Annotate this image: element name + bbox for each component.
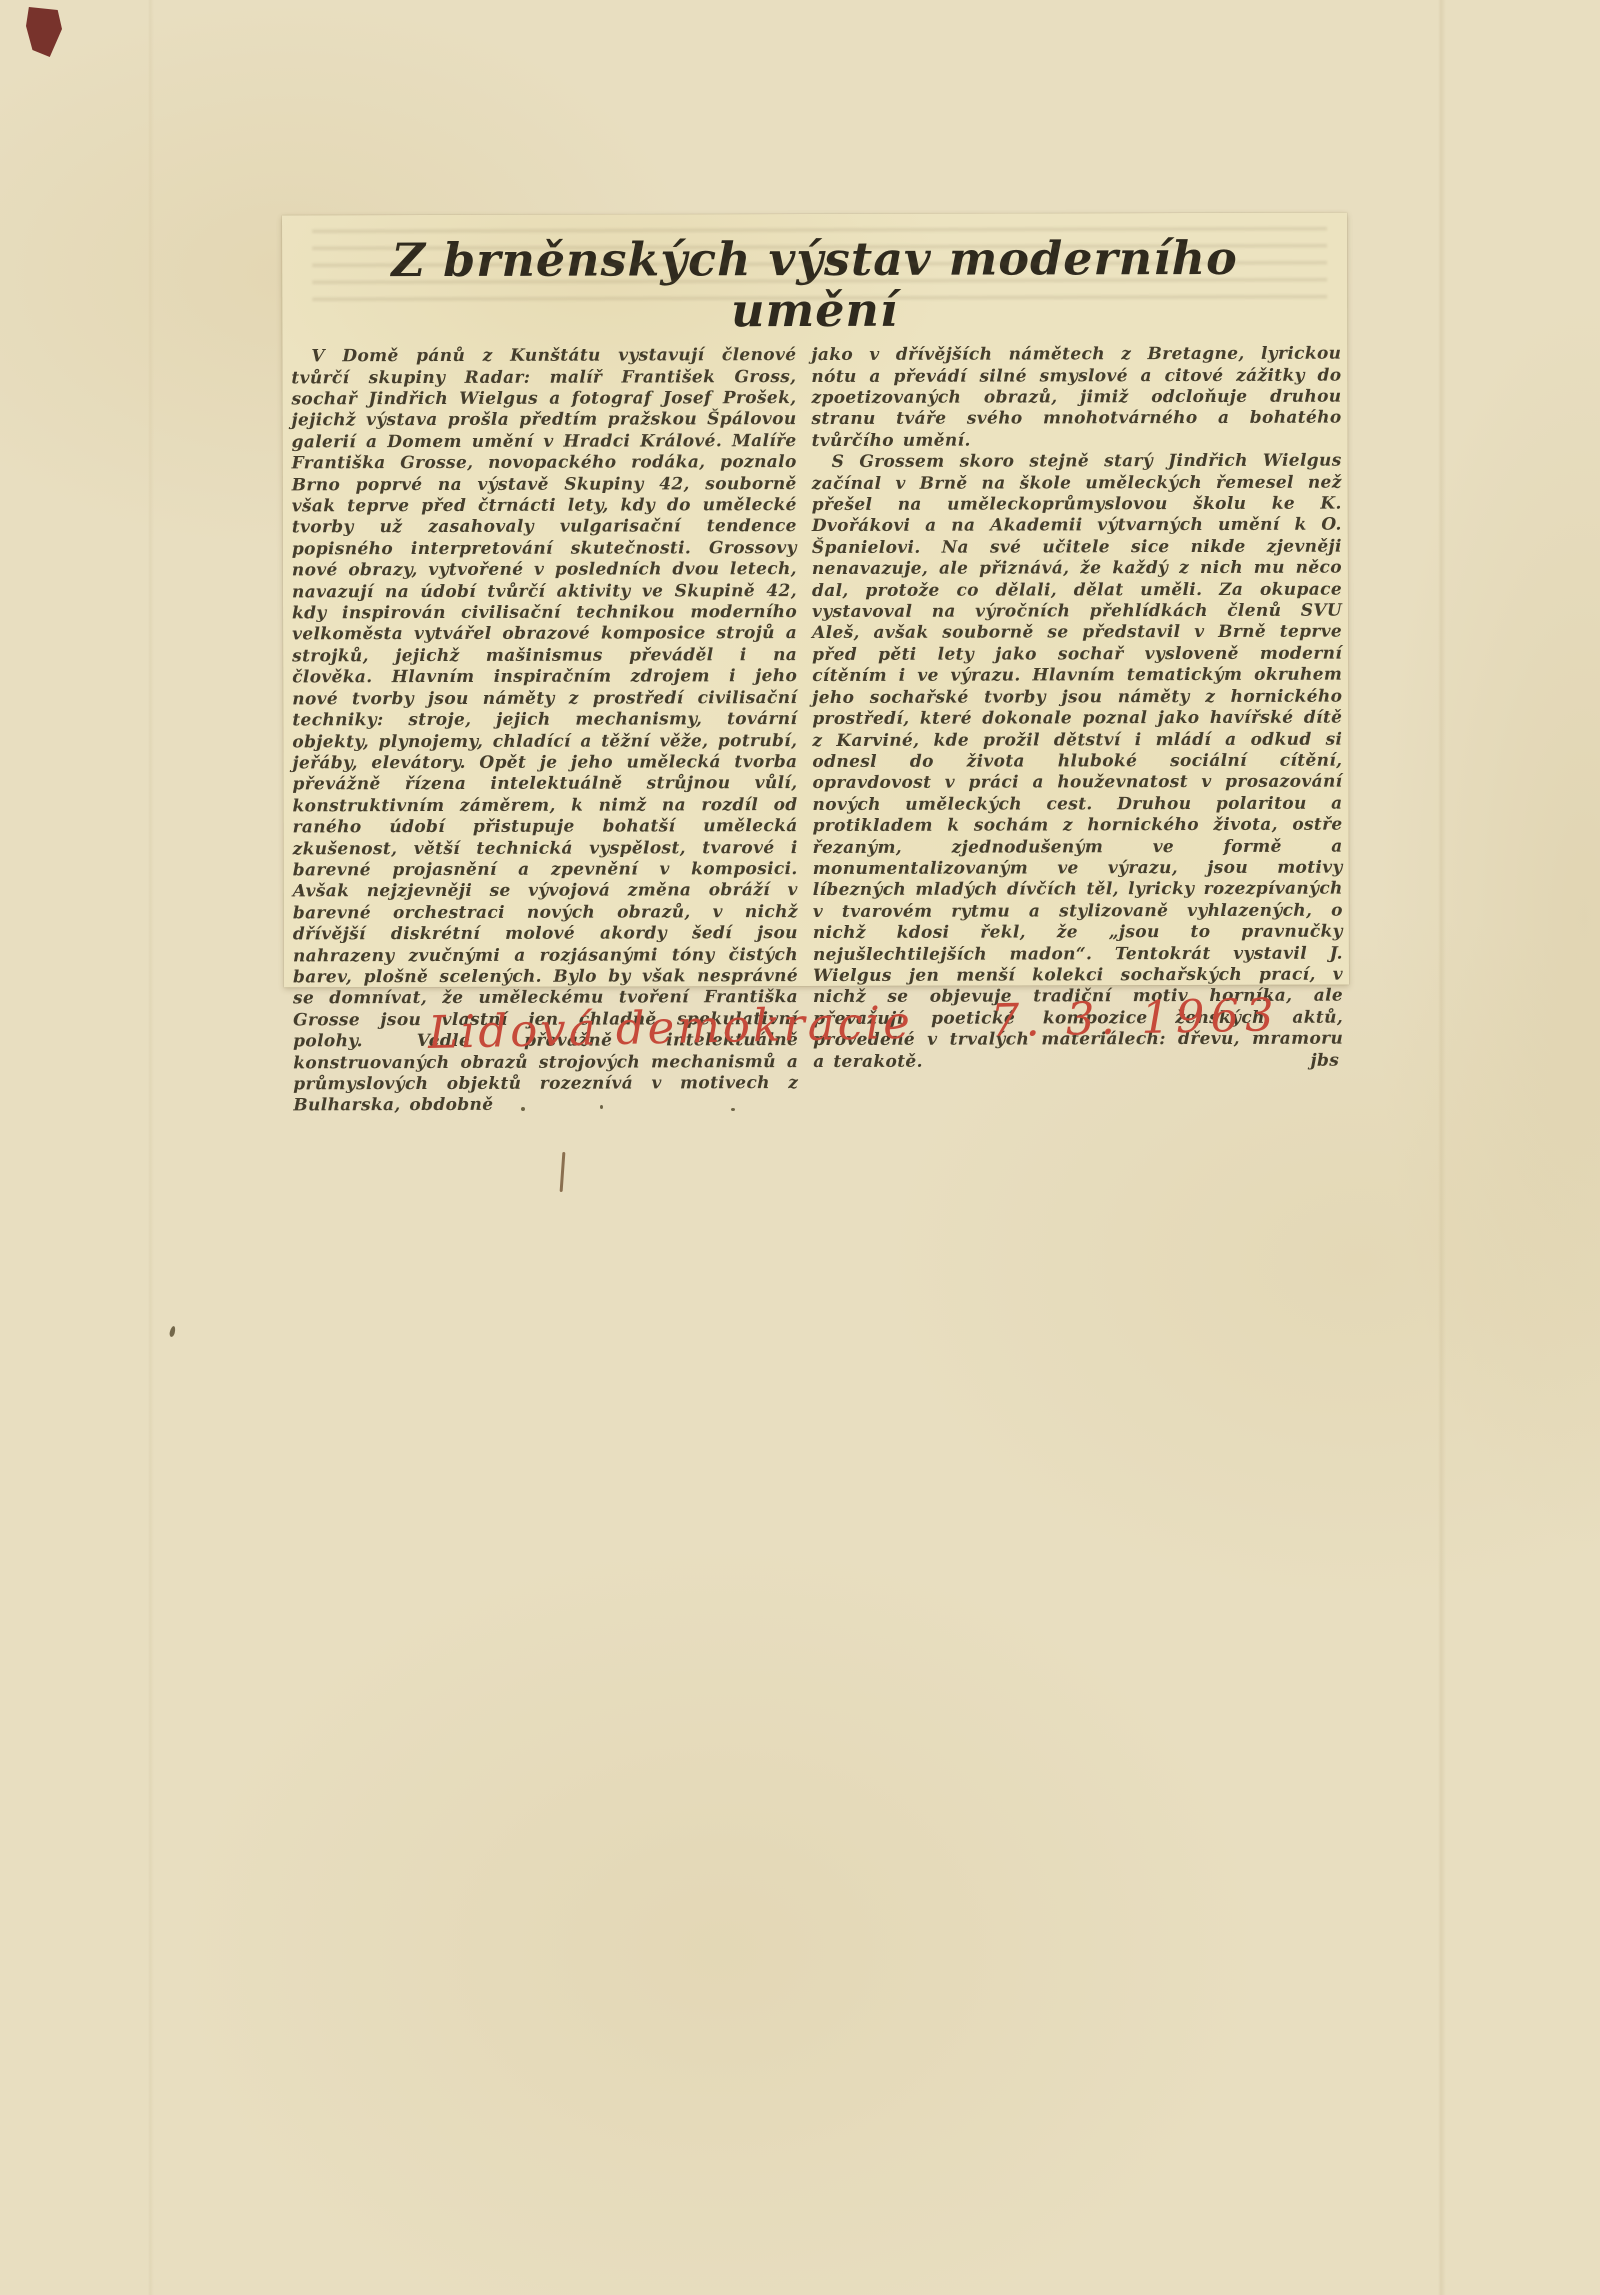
article-paragraph-right-1: jako v dřívějších námětech z Bretagne, l… — [811, 344, 1341, 452]
ink-stroke-mark — [560, 1152, 566, 1192]
scanned-archive-page: { "colors": { "page_background": "#e8dec… — [0, 0, 1600, 2295]
ink-dot — [731, 1108, 735, 1111]
ink-dot — [521, 1107, 525, 1111]
paper-speck — [169, 1326, 177, 1338]
newspaper-clipping: Z brněnských výstav moderního umění V Do… — [282, 213, 1349, 988]
article-title: Z brněnských výstav moderního umění — [312, 233, 1317, 337]
ink-dot — [600, 1105, 603, 1109]
article-paragraph-right-2: S Grossem skoro stejně starý Jindřich Wi… — [812, 451, 1344, 1073]
publication-name: Lidová demokracie — [428, 996, 914, 1059]
annotation-date: 7. 3. 1963 — [990, 988, 1280, 1047]
corner-stain-mark — [26, 7, 62, 57]
